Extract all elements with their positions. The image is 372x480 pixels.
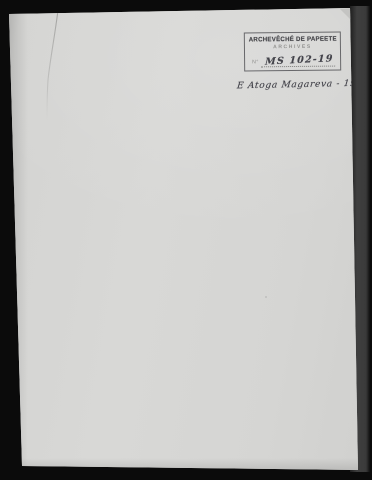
corner-fold [0,0,372,480]
stamp-number-row: N° MS 102-19 [252,54,335,68]
handwritten-annotation: E Atoga Magareva - 19 [237,79,368,92]
paper-bottom-shadow [0,458,372,472]
stamp-subtitle: ARCHIVES [273,44,312,50]
paper-speck [265,296,267,298]
document-page: ARCHEVÊCHÉ DE PAPEETE ARCHIVES N° MS 102… [0,0,372,480]
stamp-number-prefix: N° [252,59,259,65]
stamp-title: ARCHEVÊCHÉ DE PAPEETE [248,36,336,44]
archive-stamp: ARCHEVÊCHÉ DE PAPEETE ARCHIVES N° MS 102… [244,31,341,71]
scanned-document-view: ARCHEVÊCHÉ DE PAPEETE ARCHIVES N° MS 102… [0,0,372,480]
paper-left-shadow [6,10,28,470]
